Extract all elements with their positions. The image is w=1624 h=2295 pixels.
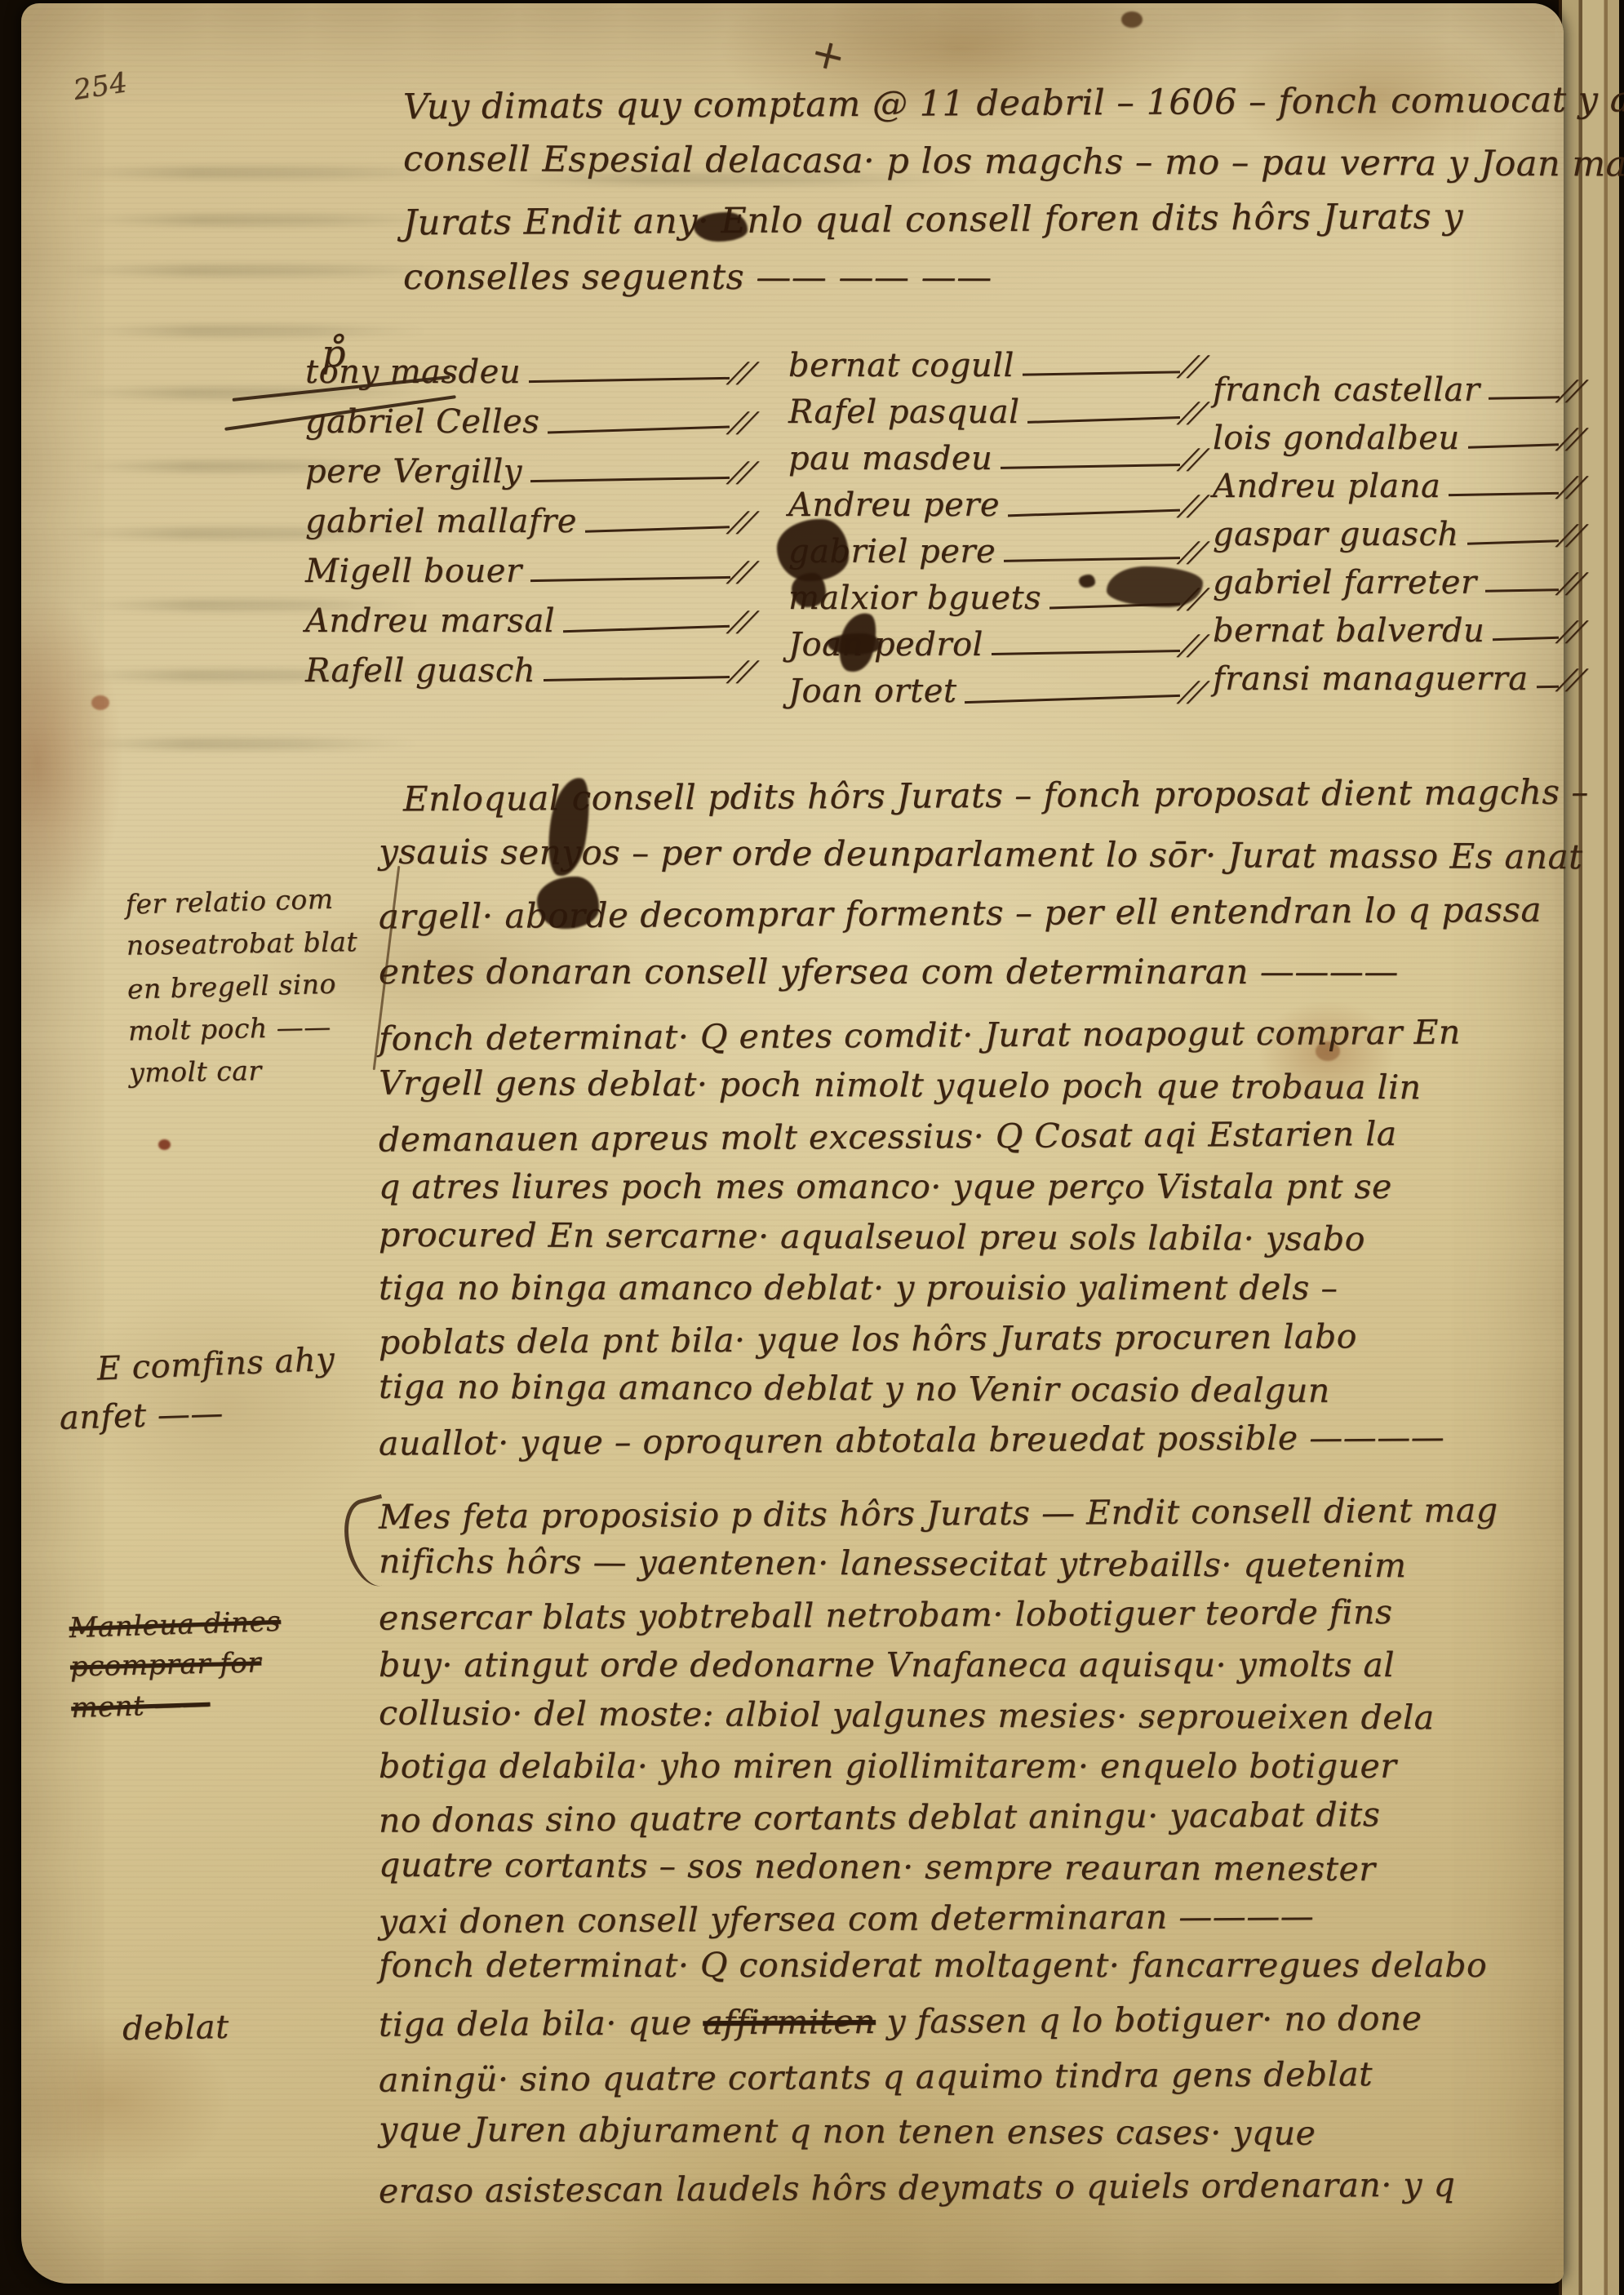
attendee-name: pere Vergilly xyxy=(305,453,522,491)
attendee-name: Rafell guasch xyxy=(305,652,535,690)
struck-margin-line: ment —— xyxy=(71,1684,333,1732)
body-line: Mes feta proposisio p dits hôrs Jurats —… xyxy=(379,1489,1615,1547)
ink-rule xyxy=(965,695,1180,704)
attendee-name: Joan ortet xyxy=(788,673,956,710)
tally-mark: // xyxy=(1176,397,1211,431)
manuscript-page: 254 + Vuy dimats quy comptam @ 11 deabri… xyxy=(21,3,1564,2284)
attendee-row: pere Vergilly // xyxy=(305,441,752,491)
body-line: q atres liures poch mes omanco· yque per… xyxy=(379,1167,1607,1218)
margin-note-comfins: E comfins ahyanfet —— xyxy=(57,1342,322,1449)
showthrough-line xyxy=(78,325,429,337)
attendee-name: bernat cogull xyxy=(788,347,1014,384)
attendee-name: tony masdeu xyxy=(305,353,521,391)
attendee-name: franch castellar xyxy=(1213,371,1480,409)
body-line: nifichs hôrs — yaentenen· lanessecitat y… xyxy=(379,1542,1615,1598)
ink-rule xyxy=(1449,492,1559,496)
attendee-row: Rafell guasch // xyxy=(305,640,752,690)
ink-rule xyxy=(1467,539,1559,545)
attendee-row: franch castellar // xyxy=(1213,361,1582,409)
ink-blot xyxy=(694,212,748,242)
showthrough-line xyxy=(72,214,455,226)
folio-number: 254 xyxy=(71,66,130,107)
attendee-row: bernat balverdu // xyxy=(1213,601,1582,650)
body-line: buy· atingut orde dedonarne Vnafaneca aq… xyxy=(379,1645,1615,1696)
margin-line: ymolt car xyxy=(129,1052,404,1099)
margin-line: en bregell sino xyxy=(126,965,402,1015)
ink-rule xyxy=(1468,443,1559,448)
body-line: eraso asistescan laudels hôrs deymats o … xyxy=(379,2164,1615,2226)
attendee-name: fransi managuerra xyxy=(1213,660,1529,698)
attendee-column-1: tony masdeu // gabriel Celles // pere Ve… xyxy=(305,341,752,690)
manuscript-photo: 254 + Vuy dimats quy comptam @ 11 deabri… xyxy=(0,0,1624,2295)
body-line: yaxi donen consell yfersea com determina… xyxy=(379,1894,1615,1952)
ink-rule xyxy=(530,576,730,582)
attendee-row: bernat cogull // xyxy=(788,338,1203,384)
struck-margin-line: pcomprar for xyxy=(70,1645,332,1691)
body-line: demanauen apreus molt excessius· Q Cosat… xyxy=(379,1112,1607,1170)
ink-rule xyxy=(1493,637,1559,641)
attendee-name: pau masdeu xyxy=(788,440,992,477)
invocation-cross-mark: + xyxy=(806,28,851,82)
body-line: ensercar blats yobtreball netrobam· lobo… xyxy=(379,1591,1615,1649)
ink-rule xyxy=(1488,396,1559,400)
ink-blot xyxy=(537,877,599,929)
ink-rule xyxy=(992,650,1180,655)
tally-mark: // xyxy=(725,357,761,391)
body-line: tiga no binga amanco deblat· y prouisio … xyxy=(379,1268,1607,1319)
margin-line: fer relatio com xyxy=(125,881,400,930)
body-line-with-strike: tiga dela bila· que affirmiten y fassen … xyxy=(379,1997,1615,2060)
attendee-row: tony masdeu // xyxy=(305,341,752,391)
attendee-row: gabriel farreter // xyxy=(1213,553,1582,601)
attendee-row: Andreu pere // xyxy=(788,477,1203,524)
tally-mark: // xyxy=(725,606,761,640)
margin-note-struck: Manleua dinespcomprar forment —— xyxy=(69,1605,333,1731)
rust-spot xyxy=(1121,11,1143,28)
tally-mark: // xyxy=(725,406,761,441)
heading-line: Jurats Endit any· Enlo qual consell fore… xyxy=(403,196,1570,261)
attendee-row: gabriel Celles // xyxy=(305,391,752,441)
tally-mark: // xyxy=(725,456,761,491)
body-line: collusio· del moste: albiol yalgunes mes… xyxy=(379,1694,1615,1750)
rust-spot xyxy=(158,1139,171,1150)
body-line: quatre cortants – sos nedonen· sempre re… xyxy=(379,1845,1615,1902)
ink-blot xyxy=(792,573,826,607)
ink-blot xyxy=(828,633,881,655)
margin-line: noseatrobat blat xyxy=(126,925,402,972)
margin-line: anfet —— xyxy=(59,1392,322,1449)
attendee-row: Andreu plana // xyxy=(1213,457,1582,505)
ink-rule xyxy=(1001,464,1180,469)
attendee-name: Andreu marsal xyxy=(305,602,555,640)
final-determination-paragraph: fonch determinat· Q considerat moltagent… xyxy=(379,1946,1615,2223)
second-proposal-paragraph: Mes feta proposisio p dits hôrs Jurats —… xyxy=(379,1494,1615,1949)
tally-mark: // xyxy=(1176,629,1211,664)
struck-margin-line: Manleua dines xyxy=(69,1604,331,1652)
attendee-name: Andreu plana xyxy=(1213,468,1440,505)
tally-mark: // xyxy=(725,556,761,590)
attendee-name: Joan pedrol xyxy=(788,626,983,664)
body-line: tiga no binga amanco deblat y no Venir o… xyxy=(379,1367,1607,1423)
body-line: yque Juren abjurament q non tenen enses … xyxy=(379,2110,1615,2171)
margin-note-relatio: fer relatio comnoseatrobat blaten bregel… xyxy=(125,882,403,1100)
margin-note-deblat: deblat xyxy=(122,2009,229,2048)
ink-rule xyxy=(563,625,730,633)
ink-rule xyxy=(548,426,730,434)
line-text: y fassen q lo botiguer· no done xyxy=(876,1999,1422,2041)
ink-rule xyxy=(530,477,730,482)
ink-rule xyxy=(1537,686,1560,688)
body-line: auallot· yque – oproquren abtotala breue… xyxy=(379,1416,1607,1474)
ink-rule xyxy=(585,526,730,533)
body-line: no donas sino quatre cortants deblat ani… xyxy=(379,1793,1615,1851)
attendee-name: Rafel pasqual xyxy=(788,393,1019,431)
attendee-row: Andreu marsal // xyxy=(305,590,752,640)
ink-rule xyxy=(1008,509,1180,517)
tally-mark: // xyxy=(1176,536,1211,570)
body-line: fonch determinat· Q entes comdit· Jurat … xyxy=(379,1011,1607,1069)
body-line: Vrgell gens deblat· poch nimolt yquelo p… xyxy=(379,1063,1607,1120)
ink-rule xyxy=(1027,416,1180,424)
body-line: procured En sercarne· aqualseuol preu so… xyxy=(379,1215,1607,1272)
body-line: aningü· sino quatre cortants q aquimo ti… xyxy=(379,2053,1615,2115)
attendee-row: Migell bouer // xyxy=(305,540,752,590)
attendee-name: bernat balverdu xyxy=(1213,612,1484,650)
attendee-row: fransi managuerra // xyxy=(1213,650,1582,698)
body-line: entes donaran consell yfersea com determ… xyxy=(379,952,1595,1010)
attendee-name: lois gondalbeu xyxy=(1213,419,1460,457)
attendee-column-3: franch castellar // lois gondalbeu // An… xyxy=(1213,361,1582,698)
body-line: poblats dela pnt bila· yque los hôrs Jur… xyxy=(379,1315,1607,1373)
attendee-row: lois gondalbeu // xyxy=(1213,409,1582,457)
tally-mark: // xyxy=(725,655,761,690)
ink-blot xyxy=(1079,575,1095,588)
ink-rule xyxy=(1485,588,1560,593)
showthrough-line xyxy=(70,738,421,750)
heading-line: consell Espesial delacasa· p los magchs … xyxy=(403,139,1570,202)
heading-line: Vuy dimats quy comptam @ 11 deabril – 16… xyxy=(403,80,1570,145)
attendee-name: gabriel farreter xyxy=(1213,564,1477,601)
body-line: botiga delabila· yho miren giollimitarem… xyxy=(379,1747,1615,1797)
attendee-row: Rafel pasqual // xyxy=(788,384,1203,431)
attendee-row: gaspar guasch // xyxy=(1213,505,1582,553)
attendee-name: malxior bguets xyxy=(788,579,1041,617)
attendee-row: pau masdeu // xyxy=(788,431,1203,477)
tally-mark: // xyxy=(1176,490,1211,524)
attendee-name: Migell bouer xyxy=(305,553,522,590)
attendee-row: gabriel mallafre // xyxy=(305,491,752,540)
ink-rule xyxy=(1023,371,1180,375)
tally-mark: // xyxy=(1176,443,1211,477)
attendee-name: gabriel Celles xyxy=(305,403,539,441)
determination-paragraph: fonch determinat· Q entes comdit· Jurat … xyxy=(379,1015,1607,1471)
body-line: fonch determinat· Q considerat moltagent… xyxy=(379,1946,1615,2001)
tally-mark: // xyxy=(725,506,761,540)
attendee-name: gabriel mallafre xyxy=(305,503,577,540)
tally-mark: // xyxy=(1176,350,1211,384)
margin-line: molt poch —— xyxy=(128,1009,403,1057)
heading-line: conselles seguents —— —— —— xyxy=(403,257,1570,315)
struck-word: affirmiten xyxy=(703,2002,876,2042)
rust-spot xyxy=(91,695,109,710)
attendee-row: gabriel pere // xyxy=(788,524,1203,570)
ink-rule xyxy=(1004,557,1180,562)
ink-smear xyxy=(1107,566,1203,607)
tally-mark: // xyxy=(1176,676,1211,710)
ink-rule xyxy=(529,377,730,383)
attendee-name: gaspar guasch xyxy=(1213,516,1459,553)
heading-paragraph: Vuy dimats quy comptam @ 11 deabril – 16… xyxy=(403,83,1570,315)
line-text: tiga dela bila· que xyxy=(379,2003,703,2044)
ink-blot xyxy=(777,519,849,581)
ink-rule xyxy=(544,676,730,681)
